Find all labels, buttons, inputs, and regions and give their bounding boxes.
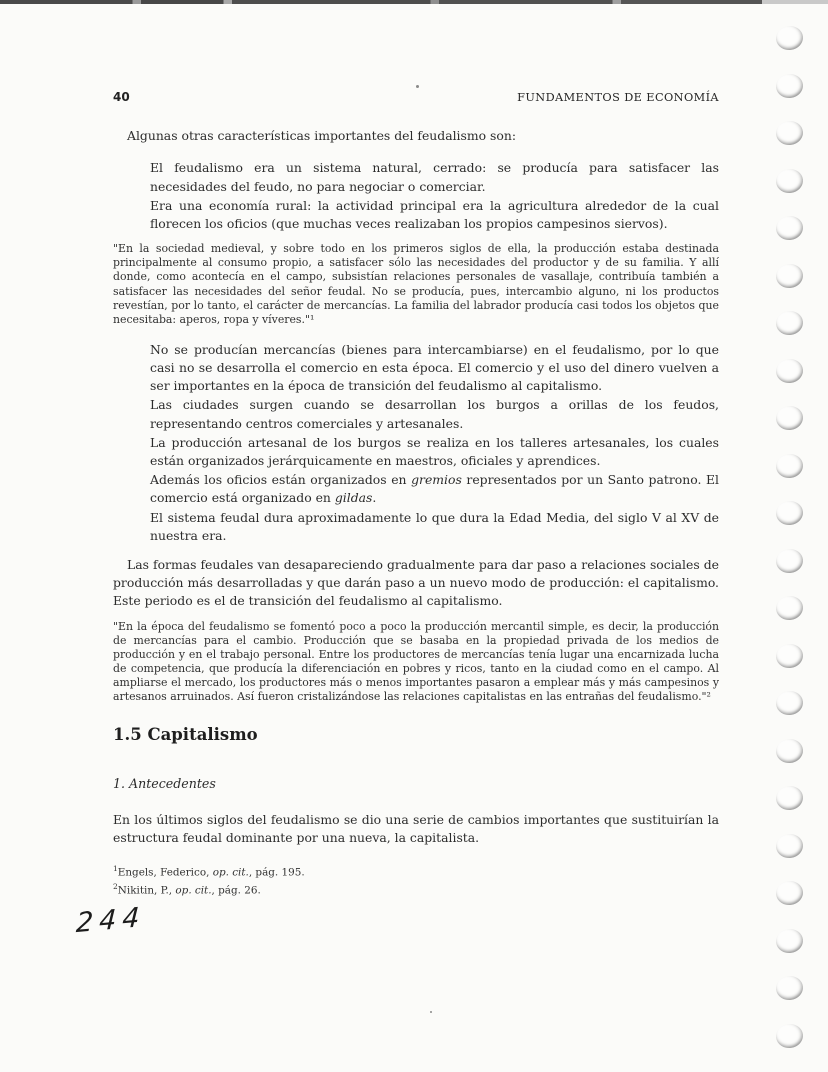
- handwritten-page-number: 244: [75, 902, 146, 939]
- subsection-heading-antecedentes: 1. Antecedentes: [113, 775, 719, 793]
- binding-hole-shadow: [775, 689, 805, 716]
- binding-hole-shadow: [775, 357, 805, 384]
- binding-hole-shadow: [775, 594, 805, 621]
- italic-term-gremios: gremios: [411, 472, 462, 487]
- bullet-item-6: El sistema feudal dura aproximadamente l…: [113, 509, 719, 545]
- footnote-2: 2Nikitin, P., op. cit., pág. 26.: [113, 880, 719, 898]
- italic-term-gildas: gildas: [335, 490, 373, 505]
- arrow-bullet-icon: [113, 509, 150, 545]
- bullet-item-1: El feudalismo era un sistema natural, ce…: [113, 159, 719, 195]
- bullet-item-3: Las ciudades surgen cuando se desarrolla…: [113, 396, 719, 432]
- binding-hole-shadow: [775, 499, 805, 526]
- bullet-item-1-continuation: Era una economía rural: la actividad pri…: [150, 197, 719, 233]
- arrow-bullet-icon: [113, 434, 150, 470]
- binding-hole-shadow: [775, 737, 805, 764]
- binding-hole-shadow: [775, 784, 805, 811]
- binding-hole-shadow: [775, 547, 805, 574]
- scan-edge-shadow: [0, 0, 828, 4]
- bullet-item-4: La producción artesanal de los burgos se…: [113, 434, 719, 470]
- footnotes: 1Engels, Federico, op. cit., pág. 195. 2…: [113, 862, 719, 898]
- binding-hole-shadow: [775, 832, 805, 859]
- scan-noise-dot: [430, 1011, 432, 1013]
- page-number: 40: [113, 88, 130, 106]
- bullet-text: Además los oficios están organizados en …: [150, 471, 719, 507]
- binding-hole-shadow: [775, 119, 805, 146]
- binding-hole-shadow: [775, 72, 805, 99]
- arrow-bullet-icon: [113, 341, 150, 396]
- page-content: 40 FUNDAMENTOS DE ECONOMÍA Algunas otras…: [113, 88, 719, 898]
- body-paragraph-1: Las formas feudales van desapareciendo g…: [113, 556, 719, 611]
- bullet-item-2: No se producían mercancías (bienes para …: [113, 341, 719, 396]
- binding-hole-shadow: [775, 404, 805, 431]
- arrow-bullet-icon: [113, 159, 150, 195]
- body-paragraph-2: En los últimos siglos del feudalismo se …: [113, 811, 719, 847]
- footnote-1: 1Engels, Federico, op. cit., pág. 195.: [113, 862, 719, 880]
- binding-hole-shadow: [775, 879, 805, 906]
- binding-hole-shadow: [775, 24, 805, 51]
- spiral-binding-holes: [758, 0, 828, 1072]
- block-quote-2: "En la época del feudalismo se fomentó p…: [113, 620, 719, 705]
- binding-hole-shadow: [775, 214, 805, 241]
- block-quote-1: "En la sociedad medieval, y sobre todo e…: [113, 242, 719, 327]
- binding-hole-shadow: [775, 167, 805, 194]
- binding-hole-shadow: [775, 262, 805, 289]
- running-header: FUNDAMENTOS DE ECONOMÍA: [517, 89, 719, 107]
- binding-hole-shadow: [775, 1022, 805, 1049]
- binding-hole-shadow: [775, 309, 805, 336]
- bullet-text: El feudalismo era un sistema natural, ce…: [150, 159, 719, 195]
- bullet-text: La producción artesanal de los burgos se…: [150, 434, 719, 470]
- scan-noise-dot: [416, 85, 419, 88]
- bullet-item-5: Además los oficios están organizados en …: [113, 471, 719, 507]
- arrow-bullet-icon: [113, 471, 150, 507]
- bullet-list-main: No se producían mercancías (bienes para …: [113, 341, 719, 545]
- bullet-text: No se producían mercancías (bienes para …: [150, 341, 719, 396]
- binding-hole-shadow: [775, 974, 805, 1001]
- page-header: 40 FUNDAMENTOS DE ECONOMÍA: [113, 88, 719, 107]
- intro-paragraph: Algunas otras características importante…: [113, 127, 719, 145]
- binding-hole-shadow: [775, 452, 805, 479]
- section-heading-capitalismo: 1.5 Capitalismo: [113, 726, 719, 744]
- binding-hole-shadow: [775, 927, 805, 954]
- binding-hole-shadow: [775, 642, 805, 669]
- bullet-text: El sistema feudal dura aproximadamente l…: [150, 509, 719, 545]
- scanned-book-page: { "doc": { "page_number": "40", "running…: [0, 0, 828, 1072]
- arrow-bullet-icon: [113, 396, 150, 432]
- bullet-list-top: El feudalismo era un sistema natural, ce…: [113, 159, 719, 233]
- bullet-text: Las ciudades surgen cuando se desarrolla…: [150, 396, 719, 432]
